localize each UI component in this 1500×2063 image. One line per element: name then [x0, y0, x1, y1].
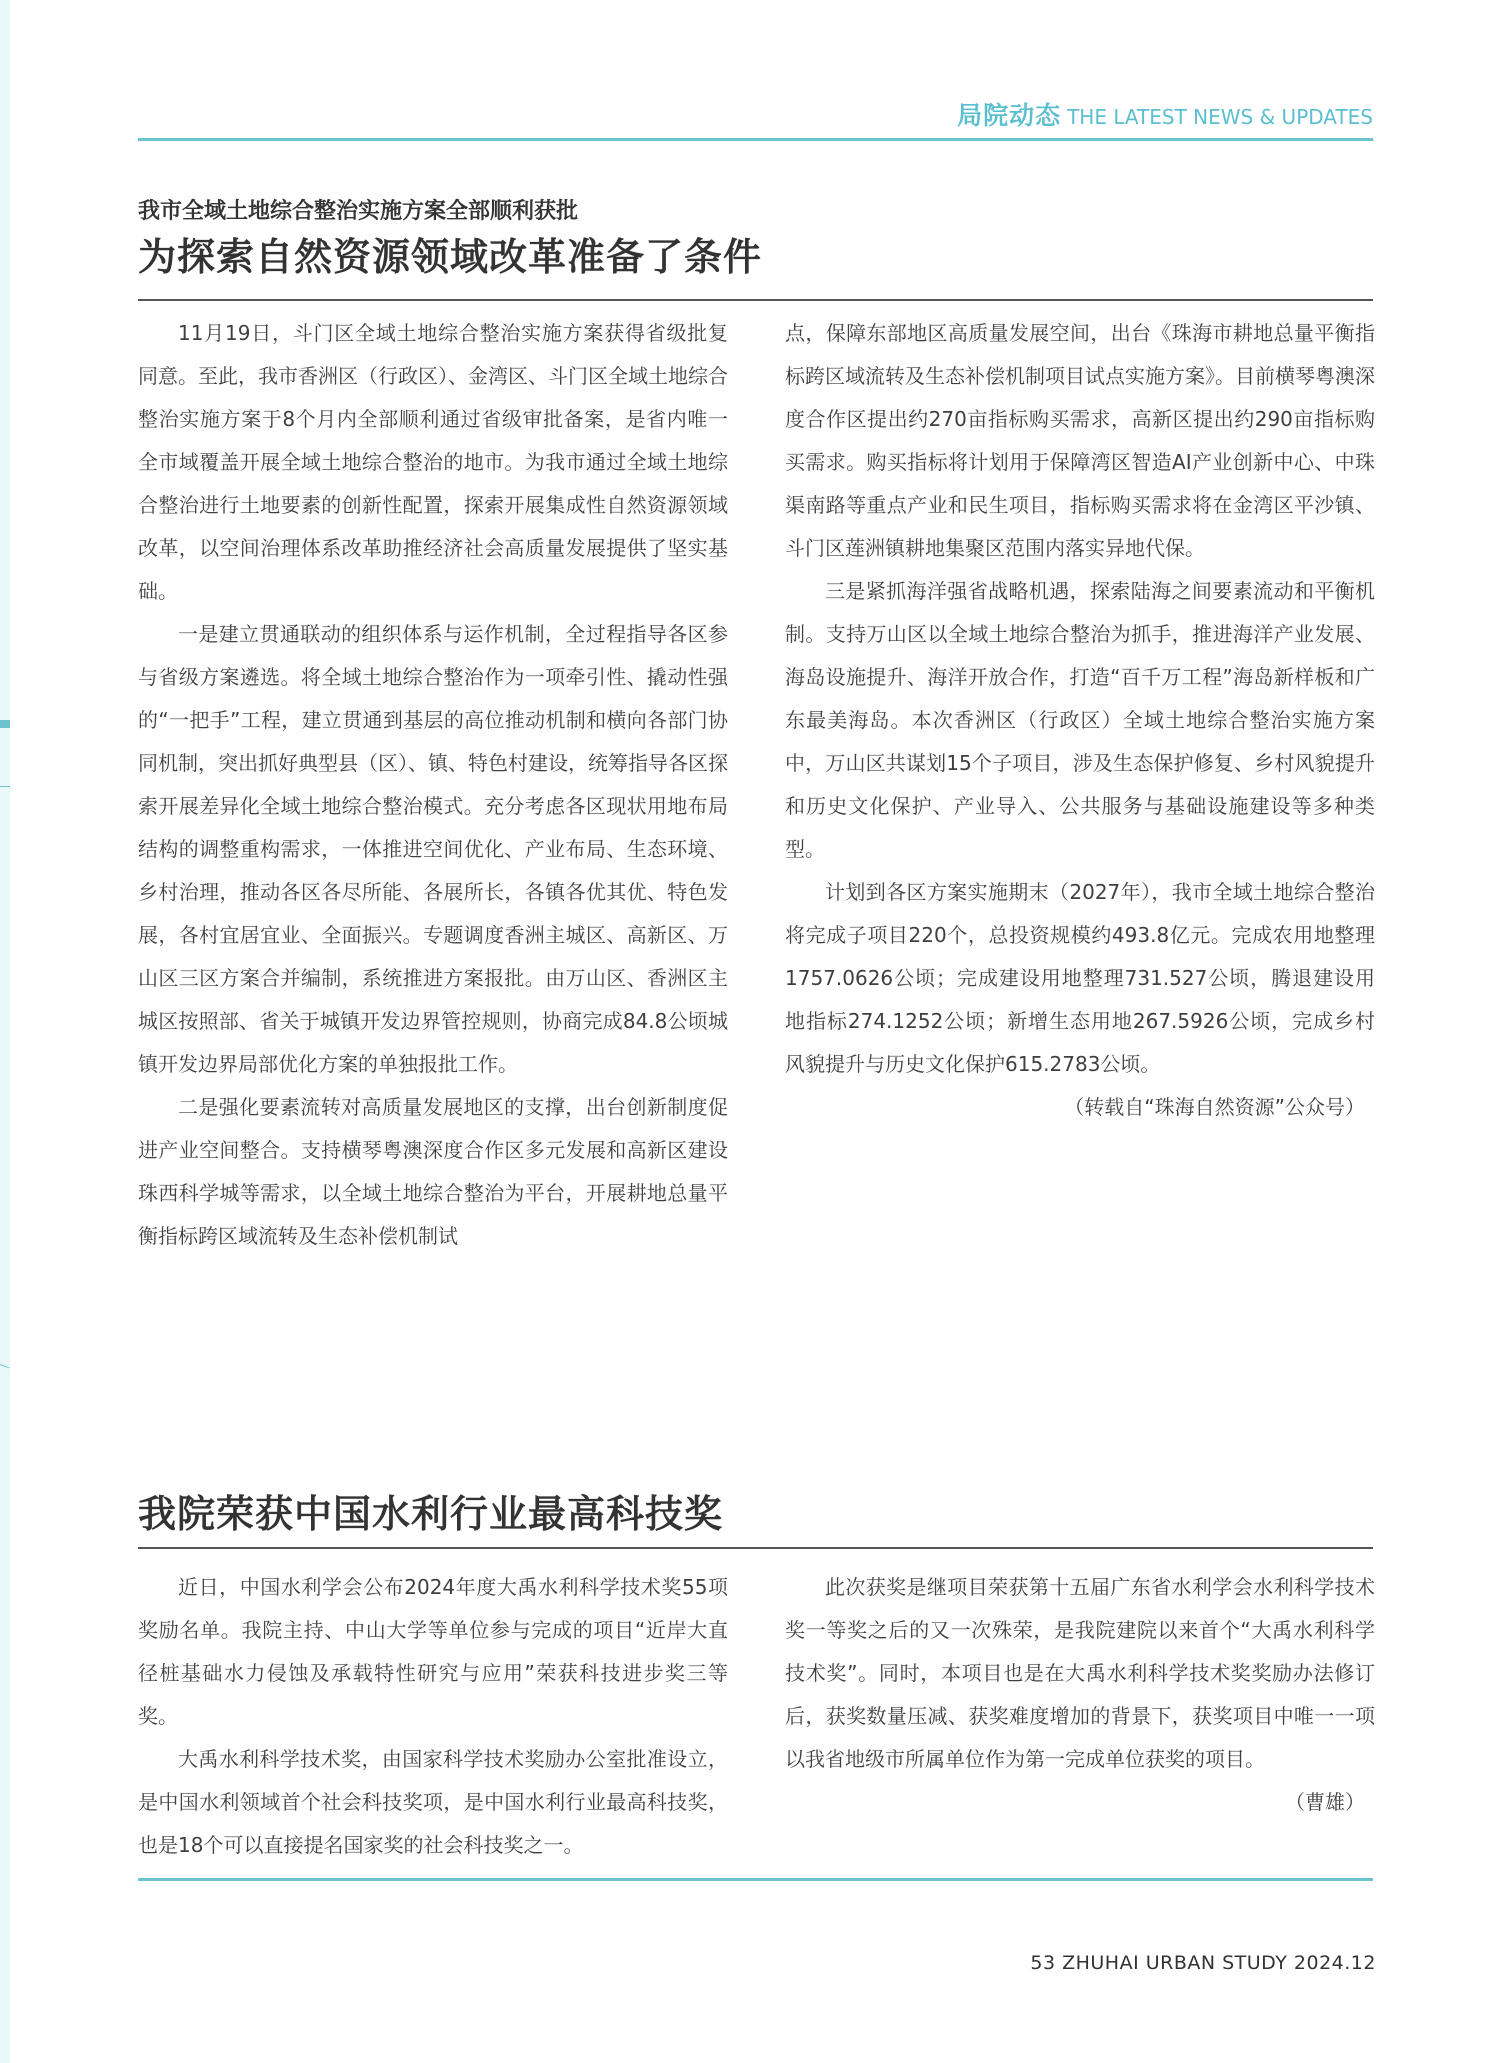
article1-right-column: 点，保障东部地区高质量发展空间，出台《珠海市耕地总量平衡指标跨区域流转及生态补偿… — [785, 312, 1375, 1129]
article1-divider — [138, 299, 1373, 301]
article2-credit: （曹雄） — [785, 1781, 1375, 1824]
article1-kicker: 我市全域土地综合整治实施方案全部顺利获批 — [138, 194, 578, 225]
paragraph: 三是紧抓海洋强省战略机遇，探索陆海之间要素流动和平衡机制。支持万山区以全域土地综… — [785, 570, 1375, 871]
section-title-en: THE LATEST NEWS & UPDATES — [1067, 105, 1373, 129]
article1-headline: 为探索自然资源领域改革准备了条件 — [138, 226, 762, 281]
bottom-divider — [138, 1878, 1373, 1881]
section-header: 局院动态THE LATEST NEWS & UPDATES — [138, 96, 1373, 136]
article2-headline: 我院荣获中国水利行业最高科技奖 — [138, 1483, 723, 1538]
paragraph: 二是强化要素流转对高质量发展地区的支撑，出台创新制度促进产业空间整合。支持横琴粤… — [138, 1086, 728, 1258]
paragraph: 计划到各区方案实施期末（2027年），我市全域土地综合整治将完成子项目220个，… — [785, 871, 1375, 1086]
article2-divider — [138, 1547, 1373, 1549]
paragraph: 大禹水利科学技术奖，由国家科学技术奖励办公室批准设立，是中国水利领域首个社会科技… — [138, 1738, 728, 1867]
article2-left-column: 近日，中国水利学会公布2024年度大禹水利科学技术奖55项奖励名单。我院主持、中… — [138, 1566, 728, 1867]
page-edge-strip — [0, 0, 10, 2063]
article1-left-column: 11月19日，斗门区全域土地综合整治实施方案获得省级批复同意。至此，我市香洲区（… — [138, 312, 728, 1258]
article1-credit: （转载自“珠海自然资源”公众号） — [785, 1086, 1375, 1129]
edge-tab-marker — [0, 720, 10, 728]
paragraph: 11月19日，斗门区全域土地综合整治实施方案获得省级批复同意。至此，我市香洲区（… — [138, 312, 728, 613]
header-divider — [138, 138, 1373, 141]
paragraph: 点，保障东部地区高质量发展空间，出台《珠海市耕地总量平衡指标跨区域流转及生态补偿… — [785, 312, 1375, 570]
paragraph: 一是建立贯通联动的组织体系与运作机制，全过程指导各区参与省级方案遴选。将全域土地… — [138, 613, 728, 1086]
page-footer: 53 ZHUHAI URBAN STUDY 2024.12 — [1030, 1952, 1376, 1974]
paragraph: 此次获奖是继项目荣获第十五届广东省水利学会水利科学技术奖一等奖之后的又一次殊荣，… — [785, 1566, 1375, 1781]
article2-right-column: 此次获奖是继项目荣获第十五届广东省水利学会水利科学技术奖一等奖之后的又一次殊荣，… — [785, 1566, 1375, 1824]
paragraph: 近日，中国水利学会公布2024年度大禹水利科学技术奖55项奖励名单。我院主持、中… — [138, 1566, 728, 1738]
section-title-zh: 局院动态 — [957, 101, 1061, 130]
edge-line-marker — [0, 786, 10, 787]
